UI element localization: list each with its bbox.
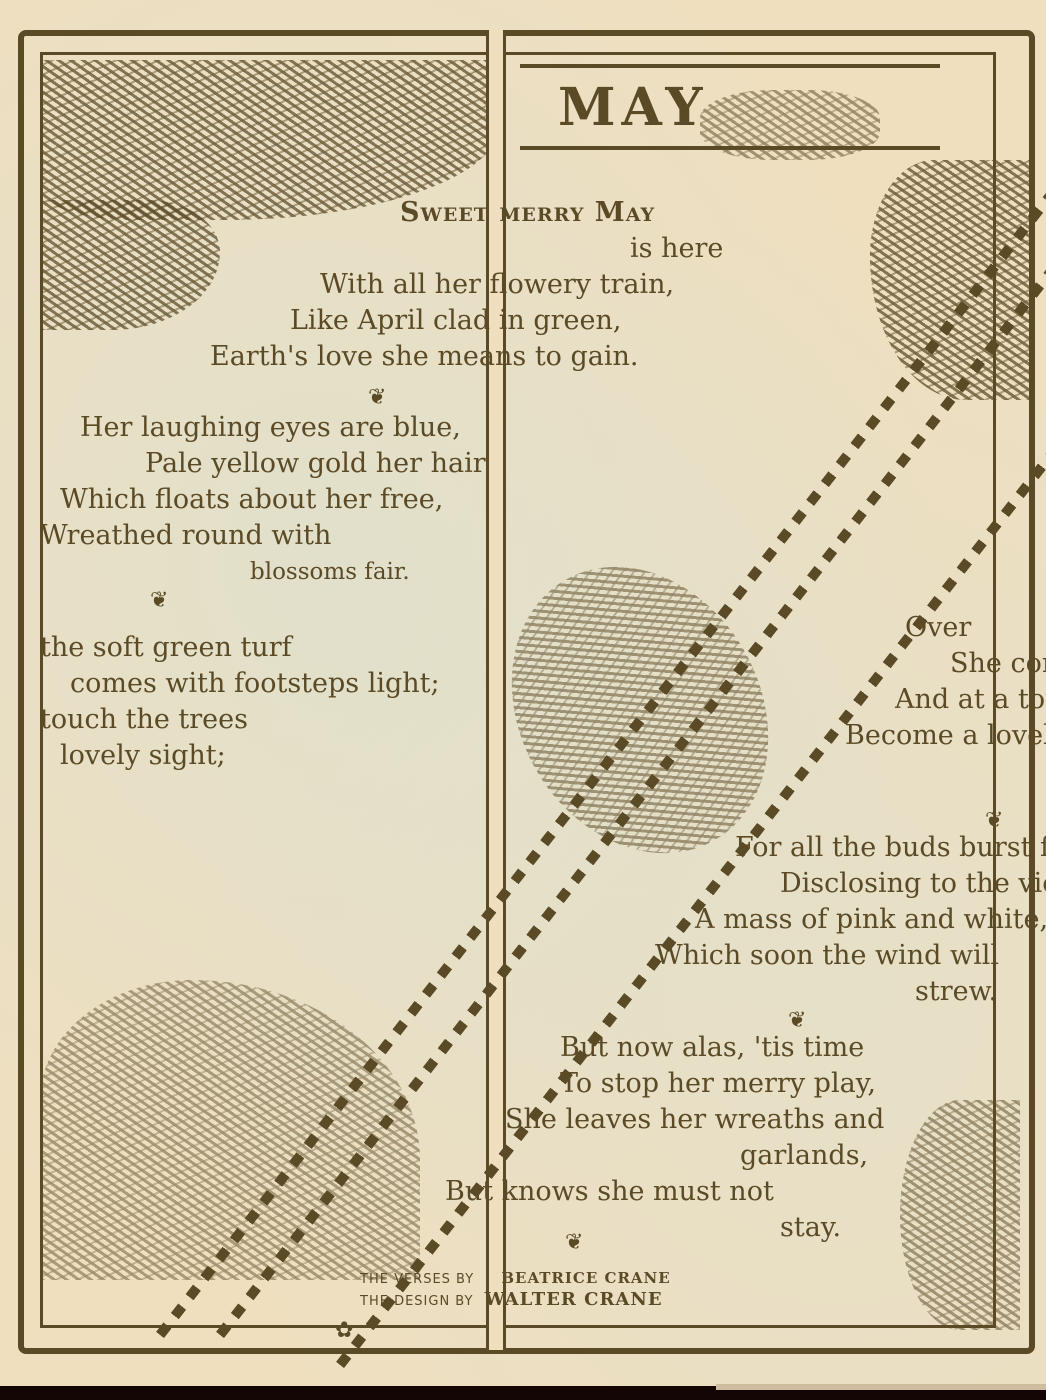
design-label: The design by [360,1294,473,1309]
verses-credit: The verses by Beatrice Crane [360,1268,671,1290]
verse-line: Earth's love she means to gain. [210,339,723,375]
verse-line: Over [905,610,1046,646]
flower-ornament-icon: ✿ [335,1318,353,1343]
verse-line: With all her flowery train, [210,267,723,303]
verse-line: comes with footsteps light; [40,666,440,702]
verse-line: lovely sight; [40,738,440,774]
title-panel: MAY [520,64,940,150]
stanza-3-left-copy: the soft green turf comes with footsteps… [40,630,440,774]
verses-author: Beatrice Crane [501,1269,670,1287]
verse-line: Like April clad in green, [210,303,723,339]
verse-line: Pale yellow gold her hair [80,446,486,482]
verse-line: Become a lovely [845,718,1046,754]
design-credit: The design by Walter Crane [360,1290,671,1312]
stanza-1: Sweet merry May is here With all her flo… [210,195,723,375]
verse-line: the soft green turf [40,630,440,666]
leaf-ornament-icon: ❦ [368,385,386,410]
verse-line: Which soon the wind will [655,938,1046,974]
verse-line: Her laughing eyes are blue, [80,410,486,446]
verse-line: garlands, [560,1138,884,1174]
verse-line: Disclosing to the view [735,866,1046,902]
verse-line: But knows she must not [445,1174,884,1210]
leaf-ornament-icon: ❦ [565,1230,583,1255]
stanza-2: Her laughing eyes are blue, Pale yellow … [80,410,486,590]
verse-line: Wreathed round with [40,518,486,554]
verse-line: To stop her merry play, [560,1066,884,1102]
verse-line: For all the buds burst forth, [735,830,1046,866]
design-author: Walter Crane [485,1289,663,1310]
bottom-edge-strip [716,1384,1046,1390]
verse-line: stay. [560,1210,884,1246]
stanza-4: For all the buds burst forth, Disclosing… [735,830,1046,1010]
leaf-ornament-icon: ❦ [150,588,168,613]
verse-line: touch the trees [40,702,440,738]
verse-line: And at a touch [895,682,1046,718]
page-title: MAY [558,77,708,138]
verse-line: is here [210,231,723,267]
verses-label: The verses by [360,1272,474,1287]
verse-line: Which floats about her free, [60,482,486,518]
verse-line: She leaves her wreaths and [505,1102,884,1138]
verse-line: A mass of pink and white, [695,902,1046,938]
bottom-edge-band [0,1386,1046,1400]
verse-line: But now alas, 'tis time [560,1030,884,1066]
verse-line: strew. [735,974,1046,1010]
verse-line: She comes [905,646,1046,682]
credits: The verses by Beatrice Crane The design … [360,1268,671,1312]
verse-line: Sweet merry May [210,195,723,231]
verse-line: blossoms fair. [80,554,486,590]
stanza-5: But now alas, 'tis time To stop her merr… [560,1030,884,1246]
stanza-3-right-copy: Over She comes And at a touch Become a l… [905,610,1046,754]
